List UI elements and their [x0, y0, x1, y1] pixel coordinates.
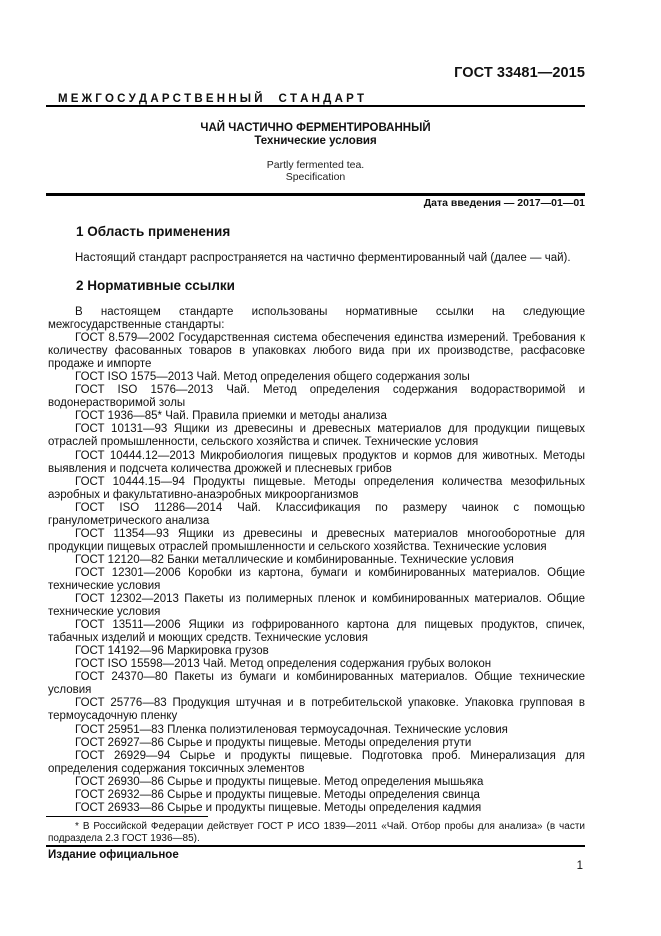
reference-item: ГОСТ 1936—85* Чай. Правила приемки и мет…	[48, 410, 585, 423]
reference-item: ГОСТ 10444.12—2013 Микробиология пищевых…	[48, 450, 585, 476]
reference-item: ГОСТ 14192—96 Маркировка грузов	[48, 645, 585, 658]
reference-item: ГОСТ 10444.15—94 Продукты пищевые. Метод…	[48, 476, 585, 502]
reference-item: ГОСТ 25951—83 Пленка полиэтиленовая терм…	[48, 724, 585, 737]
footnote: * В Российской Федерации действует ГОСТ …	[48, 821, 585, 845]
section-1-heading: 1 Область применения	[76, 224, 230, 239]
paragraph: В настоящем стандарте использованы норма…	[48, 306, 585, 332]
paragraph: Настоящий стандарт распространяется на ч…	[48, 252, 585, 265]
reference-item: ГОСТ ISO 11286—2014 Чай. Классификация п…	[48, 502, 585, 528]
reference-item: ГОСТ 26932—86 Сырье и продукты пищевые. …	[48, 789, 585, 802]
interstate-standard-label: М Е Ж Г О С У Д А Р С Т В Е Н Н Ы Й С Т …	[58, 93, 578, 105]
document-page: ГОСТ 33481—2015 М Е Ж Г О С У Д А Р С Т …	[0, 0, 661, 936]
reference-item: ГОСТ 8.579—2002 Государственная система …	[48, 332, 585, 371]
document-subtitle: Технические условия	[46, 135, 585, 148]
reference-item: ГОСТ 11354—93 Ящики из древесины и древе…	[48, 528, 585, 554]
reference-item: ГОСТ 24370—80 Пакеты из бумаги и комбини…	[48, 671, 585, 697]
introduction-date: Дата введения — 2017—01—01	[424, 197, 585, 209]
reference-item: ГОСТ 10131—93 Ящики из древесины и древе…	[48, 423, 585, 449]
reference-item: ГОСТ ISO 1575—2013 Чай. Метод определени…	[48, 371, 585, 384]
english-title: Partly fermented tea. Specification	[46, 159, 585, 183]
section-1-body: Настоящий стандарт распространяется на ч…	[48, 252, 585, 265]
reference-item: ГОСТ ISO 15598—2013 Чай. Метод определен…	[48, 658, 585, 671]
footnote-separator	[46, 816, 208, 817]
section-2-body: В настоящем стандарте использованы норма…	[48, 306, 585, 815]
official-edition-label: Издание официальное	[48, 849, 179, 861]
reference-item: ГОСТ 26929—94 Сырье и продукты пищевые. …	[48, 750, 585, 776]
reference-item: ГОСТ 12302—2013 Пакеты из полимерных пле…	[48, 593, 585, 619]
title-block: ЧАЙ ЧАСТИЧНО ФЕРМЕНТИРОВАННЫЙ Технически…	[46, 122, 585, 183]
page-number: 1	[577, 860, 583, 872]
footnote-text: * В Российской Федерации действует ГОСТ …	[48, 821, 585, 845]
english-title-line-2: Specification	[46, 171, 585, 183]
english-title-line-1: Partly fermented tea.	[46, 159, 585, 171]
document-code: ГОСТ 33481—2015	[454, 65, 585, 81]
header-rule	[46, 105, 585, 107]
title-rule	[46, 193, 585, 196]
reference-item: ГОСТ 12120—82 Банки металлические и комб…	[48, 554, 585, 567]
reference-item: ГОСТ 26927—86 Сырье и продукты пищевые. …	[48, 737, 585, 750]
footer-rule	[46, 845, 585, 847]
reference-item: ГОСТ 26930—86 Сырье и продукты пищевые. …	[48, 776, 585, 789]
section-2-heading: 2 Нормативные ссылки	[76, 278, 235, 293]
reference-item: ГОСТ 13511—2006 Ящики из гофрированного …	[48, 619, 585, 645]
reference-item: ГОСТ ISO 1576—2013 Чай. Метод определени…	[48, 384, 585, 410]
document-title: ЧАЙ ЧАСТИЧНО ФЕРМЕНТИРОВАННЫЙ	[46, 122, 585, 135]
reference-item: ГОСТ 25776—83 Продукция штучная и в потр…	[48, 697, 585, 723]
reference-item: ГОСТ 26933—86 Сырье и продукты пищевые. …	[48, 802, 585, 815]
reference-item: ГОСТ 12301—2006 Коробки из картона, бума…	[48, 567, 585, 593]
